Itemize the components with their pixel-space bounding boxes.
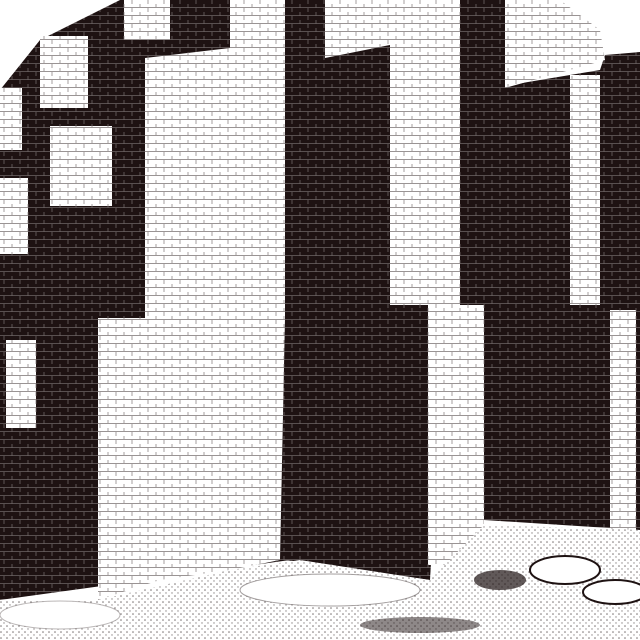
- lit-block: [50, 126, 112, 206]
- brick-pillars-photo: [0, 0, 640, 640]
- photo-frame: [0, 0, 640, 640]
- lit-block: [0, 88, 22, 150]
- rock: [474, 570, 526, 590]
- lit-right-pillar-lower: [610, 310, 636, 530]
- lit-block: [40, 36, 88, 108]
- lit-narrow-pillar: [428, 305, 484, 565]
- shadow: [360, 617, 480, 633]
- lit-front-slab: [98, 318, 285, 600]
- lit-block: [6, 340, 36, 428]
- rock: [583, 580, 640, 604]
- lit-right-pillar: [570, 75, 600, 305]
- rock: [530, 556, 600, 584]
- lit-block: [124, 0, 170, 40]
- lit-block: [0, 178, 28, 254]
- rock: [240, 574, 420, 606]
- rock: [0, 601, 120, 629]
